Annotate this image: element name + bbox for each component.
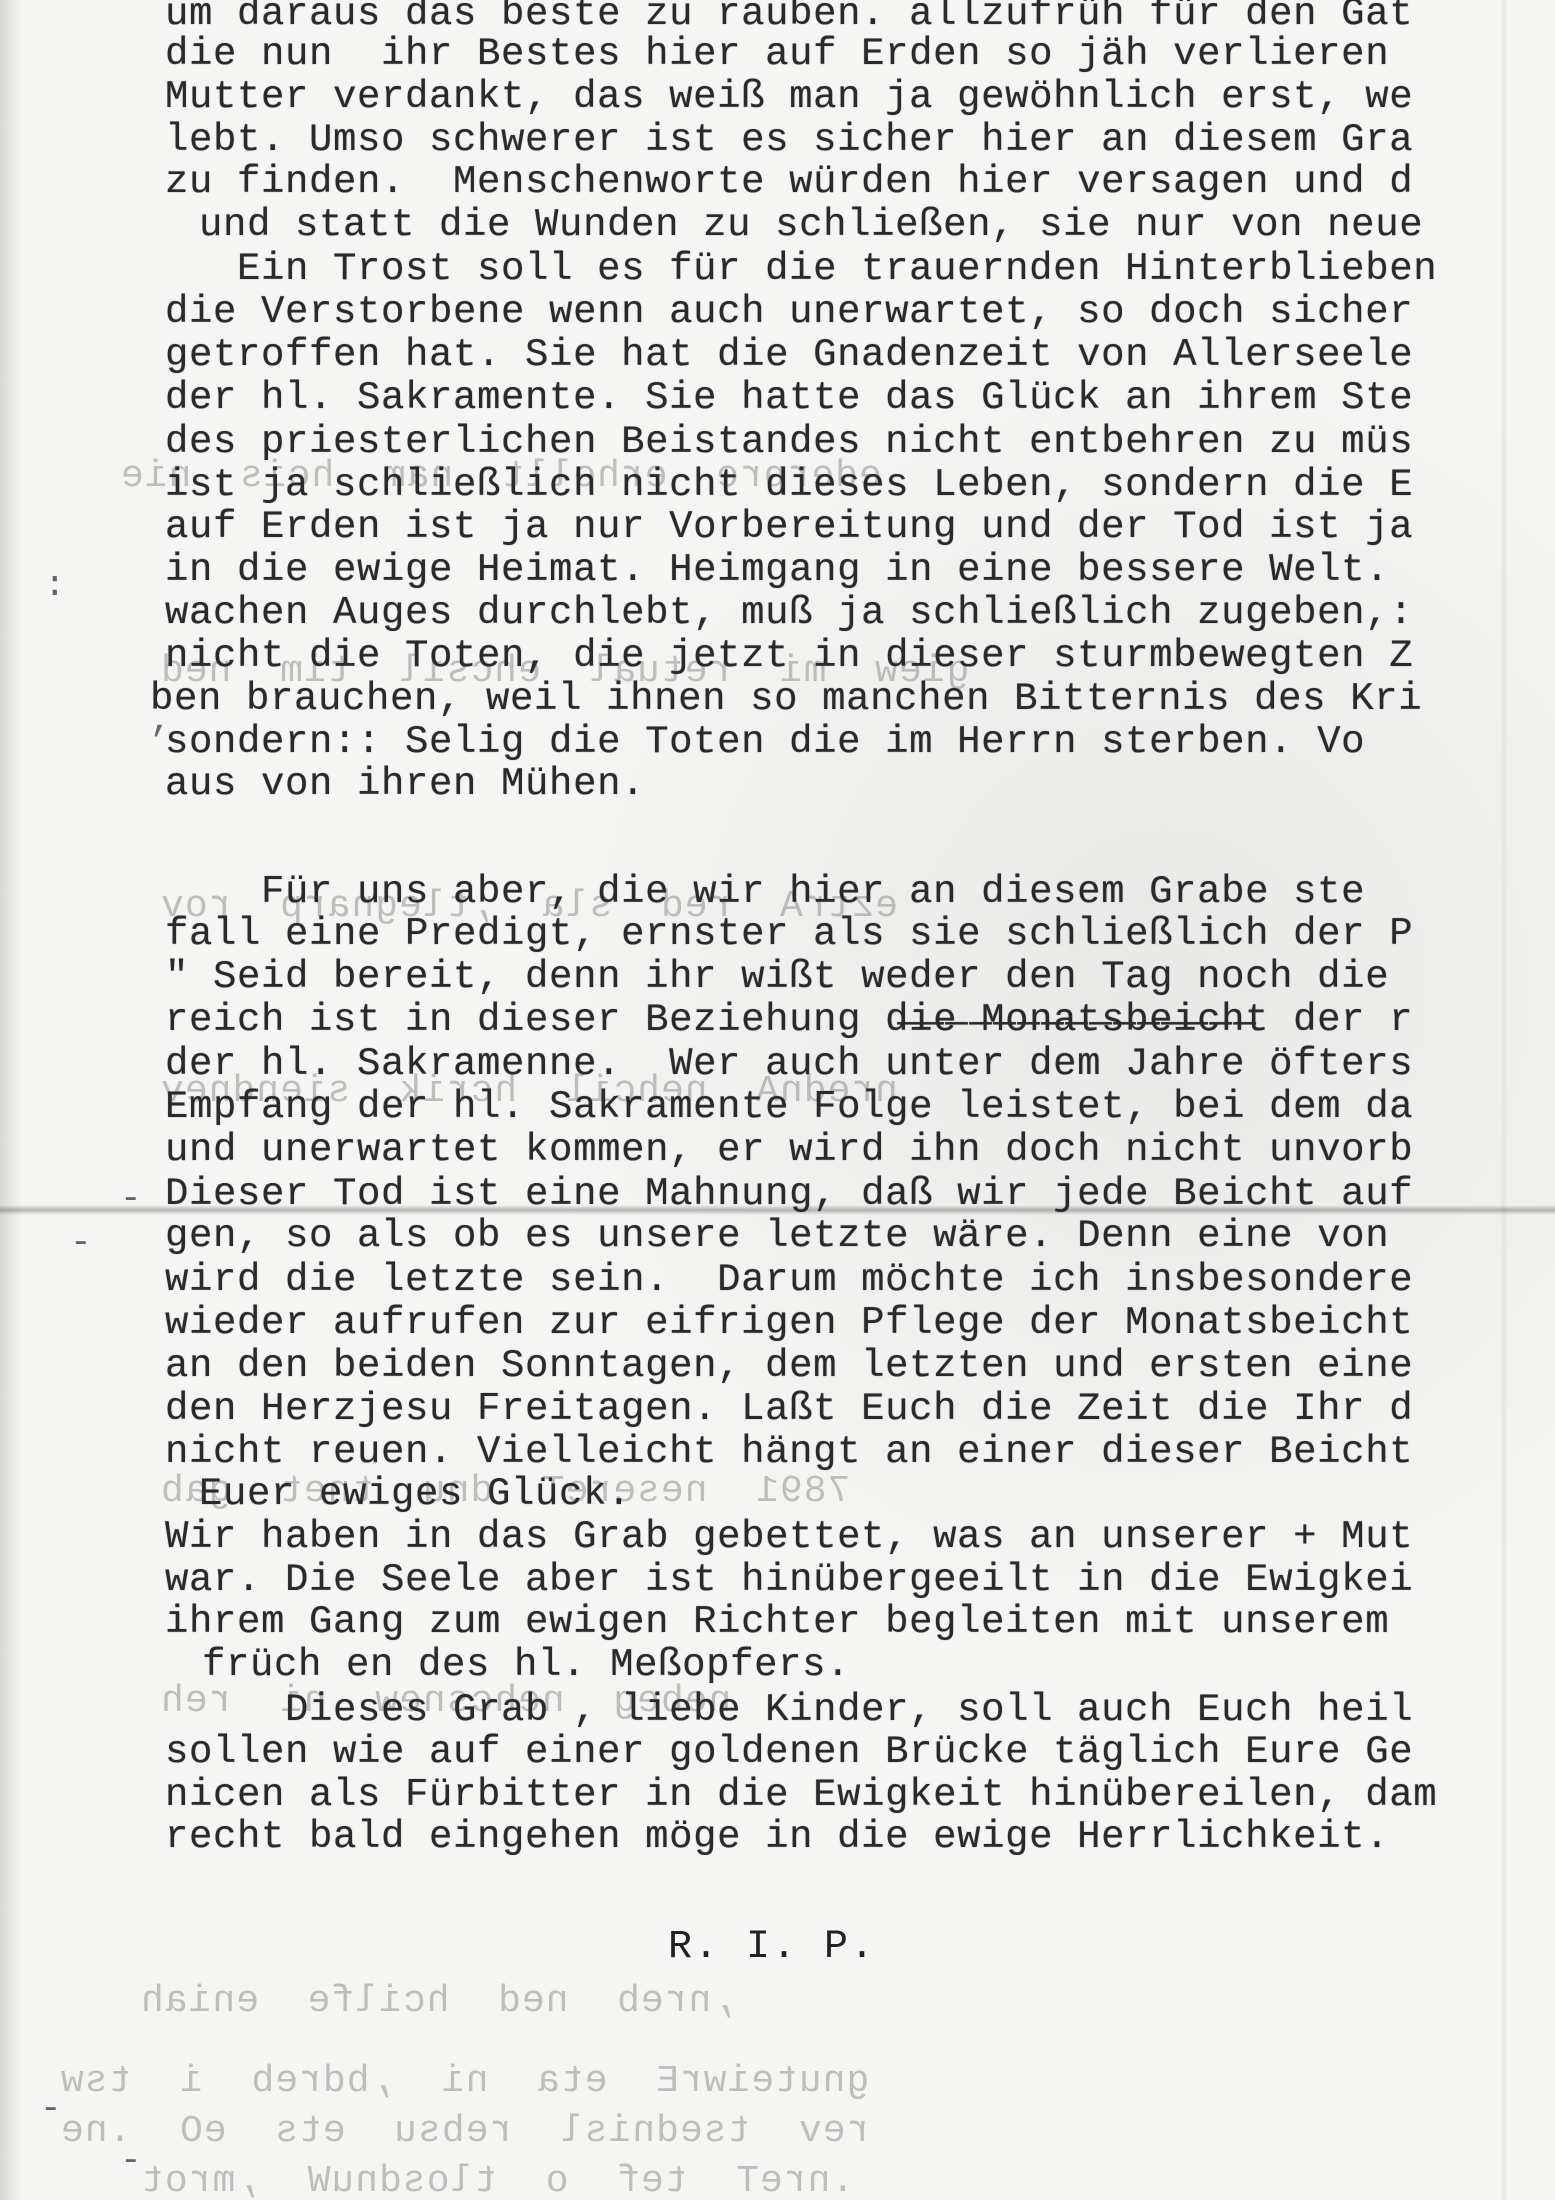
typed-line: in die ewige Heimat. Heimgang in eine be… bbox=[165, 548, 1389, 592]
typed-line: Empfang der hl. Sakramente Folge leistet… bbox=[165, 1085, 1413, 1129]
typed-line: der hl. Sakramente. Sie hatte das Glück … bbox=[165, 376, 1413, 420]
typed-line: fall eine Predigt, ernster als sie schli… bbox=[165, 912, 1413, 956]
bleed-through-text: rev tsednisl rebsu ets eO .ne bbox=[60, 2110, 869, 2153]
bleed-through-text: .nreT tef o tlosdnuW ,mrot bbox=[140, 2160, 854, 2200]
typed-line: auf Erden ist ja nur Vorbereitung und de… bbox=[165, 505, 1413, 549]
typed-line: wachen Auges durchlebt, muß ja schließli… bbox=[165, 591, 1413, 635]
margin-mark: - bbox=[120, 1178, 142, 1219]
typed-line: recht bald eingehen möge in die ewige He… bbox=[165, 1815, 1389, 1859]
typed-line: Ein Trost soll es für die trauernden Hin… bbox=[165, 247, 1437, 291]
bleed-through-text: ,nreb ned hcilfe eniah bbox=[140, 1980, 735, 2023]
margin-mark: - bbox=[120, 2140, 142, 2181]
typed-line: getroffen hat. Sie hat die Gnadenzeit vo… bbox=[165, 333, 1413, 377]
typed-line: der hl. Sakramenne. Wer auch unter dem J… bbox=[165, 1042, 1413, 1086]
margin-mark: - bbox=[40, 2088, 62, 2129]
typed-line: Dieser Tod ist eine Mahnung, daß wir jed… bbox=[165, 1172, 1413, 1216]
typed-line: wird die letzte sein. Darum möchte ich i… bbox=[165, 1258, 1413, 1302]
margin-mark: : bbox=[44, 565, 66, 606]
typed-line: ben brauchen, weil ihnen so manchen Bitt… bbox=[150, 677, 1422, 721]
typed-line: nicht reuen. Vielleicht hängt an einer d… bbox=[165, 1430, 1413, 1474]
margin-mark: - bbox=[70, 1222, 92, 1263]
typed-line: des priesterlichen Beistandes nicht entb… bbox=[165, 420, 1413, 464]
typed-line: Mutter verdankt, das weiß man ja gewöhnl… bbox=[165, 75, 1413, 119]
typed-line: und statt die Wunden zu schließen, sie n… bbox=[175, 203, 1423, 247]
typed-line: Für uns aber, die wir hier an diesem Gra… bbox=[165, 870, 1365, 914]
typed-line: aus von ihren Mühen. bbox=[165, 762, 645, 806]
typed-line: Wir haben in das Grab gebettet, was an u… bbox=[165, 1515, 1413, 1559]
typed-line: ihrem Gang zum ewigen Richter begleiten … bbox=[165, 1600, 1389, 1644]
vertical-fold-crease bbox=[1500, 0, 1508, 2200]
typed-line: die nun ihr Bestes hier auf Erden so jäh… bbox=[165, 32, 1389, 76]
typed-line: war. Die Seele aber ist hinübergeeilt in… bbox=[165, 1558, 1413, 1602]
typed-line: sollen wie auf einer goldenen Brücke täg… bbox=[165, 1730, 1413, 1774]
typed-line: lebt. Umso schwerer ist es sicher hier a… bbox=[165, 118, 1413, 162]
typed-line: an den beiden Sonntagen, dem letzten und… bbox=[165, 1344, 1413, 1388]
typed-line: reich ist in dieser Beziehung d̶i̶e̶ ̶M̶… bbox=[165, 998, 1413, 1042]
typed-line: Dieses Grab , liebe Kinder, soll auch Eu… bbox=[165, 1688, 1413, 1732]
typed-line: Euer ewiges Glück. bbox=[175, 1472, 631, 1516]
typed-line: ist ja schließlich nicht dieses Leben, s… bbox=[165, 463, 1413, 507]
typed-line: gen, so als ob es unsere letzte wäre. De… bbox=[165, 1214, 1389, 1258]
bleed-through-text: gnuteiwrE eta ni ,bdreb i tsw bbox=[60, 2060, 869, 2103]
closing-rip: R. I. P. bbox=[668, 1925, 876, 1970]
typed-line: den Herzjesu Freitagen. Laßt Euch die Ze… bbox=[165, 1387, 1413, 1431]
typed-line: und unerwartet kommen, er wird ihn doch … bbox=[165, 1128, 1413, 1172]
typed-line: die Verstorbene wenn auch unerwartet, so… bbox=[165, 290, 1413, 334]
typed-line: zu finden. Menschenworte würden hier ver… bbox=[165, 160, 1413, 204]
typed-line: nicen als Fürbitter in die Ewigkeit hinü… bbox=[165, 1773, 1437, 1817]
typed-line: um daraus das beste zu rauben. allzufrüh… bbox=[165, 0, 1413, 36]
typed-line: " Seid bereit, denn ihr wißt weder den T… bbox=[165, 955, 1389, 999]
typed-line: sondern:: Selig die Toten die im Herrn s… bbox=[165, 720, 1365, 764]
margin-mark: , bbox=[150, 700, 172, 741]
typed-line: nicht die Toten, die jetzt in dieser stu… bbox=[165, 634, 1413, 678]
typed-line: früch en des hl. Meßopfers. bbox=[178, 1643, 850, 1687]
typed-line: wieder aufrufen zur eifrigen Pflege der … bbox=[165, 1301, 1413, 1345]
